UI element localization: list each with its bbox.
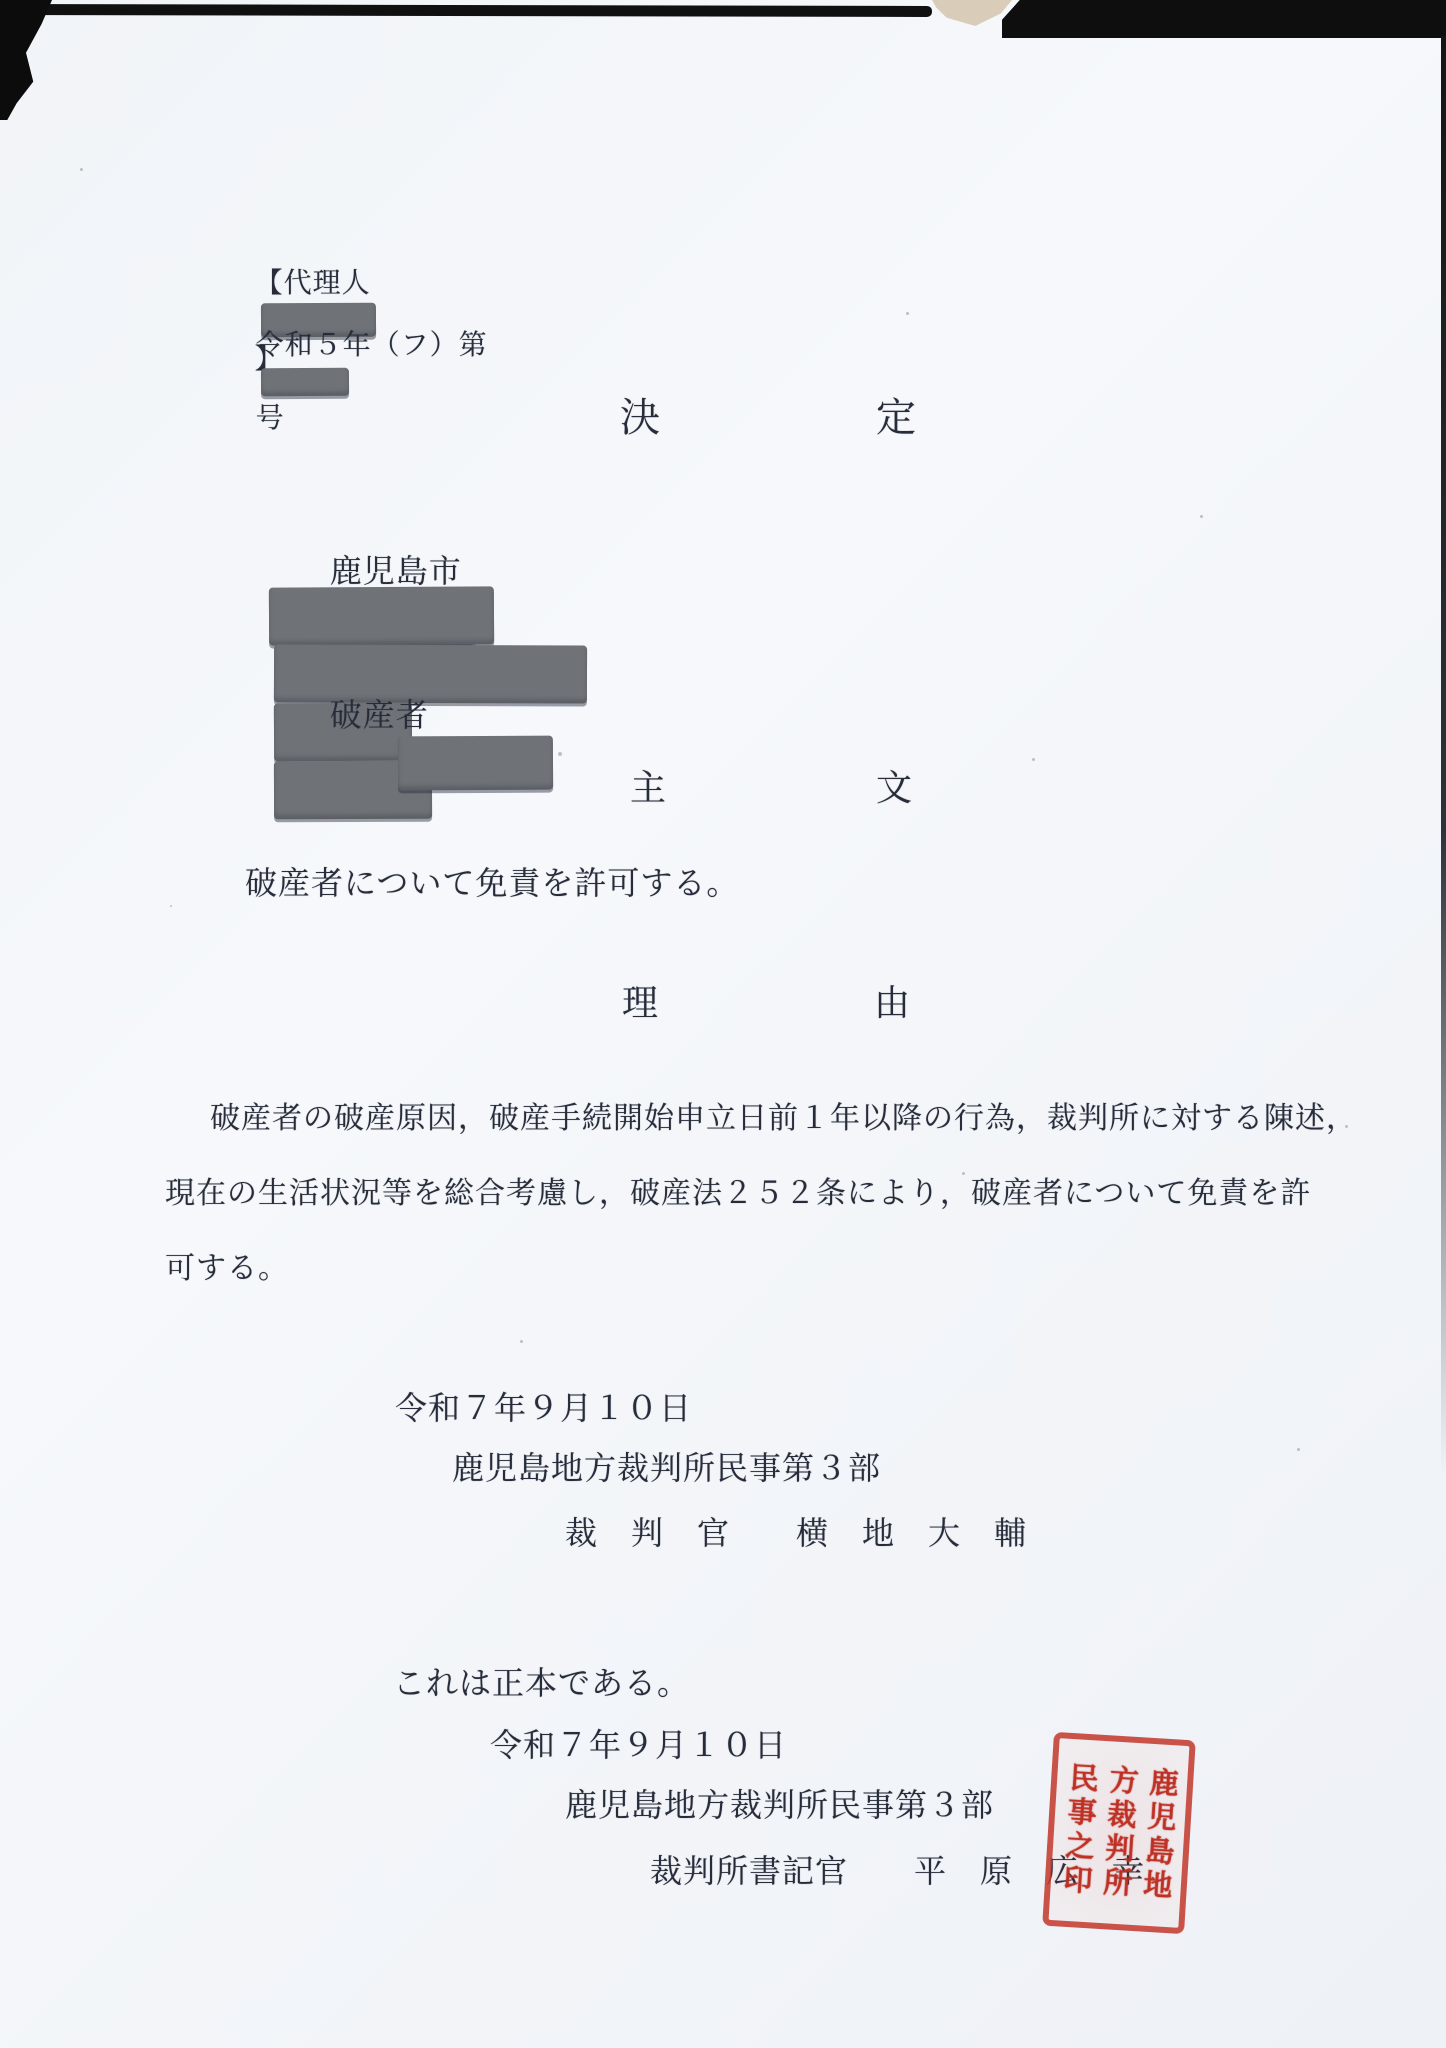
debtor-line: 破産者 bbox=[285, 652, 553, 828]
certification-statement: これは正本である。 bbox=[393, 1658, 690, 1704]
scan-speck bbox=[520, 1340, 523, 1343]
document-title-right: 定 bbox=[876, 386, 917, 443]
reason-heading-right: 由 bbox=[874, 975, 911, 1026]
decision-date: 令和７年９月１０日 bbox=[395, 1383, 692, 1429]
scan-speck bbox=[1200, 515, 1203, 518]
main-heading-right: 文 bbox=[876, 760, 913, 811]
scan-edge-top bbox=[0, 4, 932, 17]
reason-line-3: 可する。 bbox=[165, 1243, 289, 1287]
scan-paper-tear bbox=[932, 0, 1012, 26]
main-heading-left: 主 bbox=[630, 760, 667, 811]
scan-edge-top-right bbox=[1002, 0, 1446, 38]
court-seal-column: 鹿児島地 bbox=[1140, 1767, 1177, 1905]
reason-line-1: 破産者の破産原因，破産手続開始申立日前１年以降の行為，裁判所に対する陳述， bbox=[210, 1093, 1357, 1137]
scan-speck bbox=[80, 168, 83, 171]
scan-speck bbox=[1297, 1448, 1300, 1451]
reason-line-2: 現在の生活状況等を総合考慮し，破産法２５２条により，破産者について免責を許 bbox=[165, 1168, 1311, 1212]
decision-court: 鹿児島地方裁判所民事第３部 bbox=[452, 1443, 881, 1489]
redaction-debtor-name bbox=[398, 736, 553, 791]
case-number-suffix: 号 bbox=[256, 401, 285, 434]
certification-court: 鹿児島地方裁判所民事第３部 bbox=[565, 1780, 994, 1826]
court-seal: 鹿児島地 方裁判所 民事之印 bbox=[1042, 1732, 1196, 1934]
reason-heading-left: 理 bbox=[622, 975, 659, 1026]
redaction-address-3 bbox=[269, 586, 494, 645]
scan-speck bbox=[906, 312, 909, 315]
scan-edge-right bbox=[1441, 36, 1446, 1476]
case-number-line: 令和５年（フ）第 号 bbox=[216, 290, 488, 469]
court-seal-column: 方裁判所 bbox=[1100, 1764, 1137, 1902]
judge-signature-line: 裁 判 官 横 地 大 輔 bbox=[565, 1508, 1027, 1554]
scan-speck bbox=[170, 905, 172, 907]
document-title-left: 決 bbox=[620, 386, 661, 443]
court-seal-column: 民事之印 bbox=[1060, 1762, 1097, 1900]
certification-date: 令和７年９月１０日 bbox=[490, 1720, 787, 1766]
scan-edge-top-left bbox=[0, 0, 52, 120]
redaction-case-number bbox=[261, 367, 349, 395]
scan-speck bbox=[1032, 758, 1035, 761]
debtor-label: 破産者 bbox=[330, 696, 429, 734]
case-number-prefix: 令和５年（フ）第 bbox=[256, 328, 488, 361]
main-text: 破産者について免責を許可する。 bbox=[245, 858, 739, 904]
scanned-court-document: 【代理人 】 令和５年（フ）第 号 決 定 鹿児島市 - 破産者 主 文 破産者… bbox=[0, 0, 1446, 2048]
